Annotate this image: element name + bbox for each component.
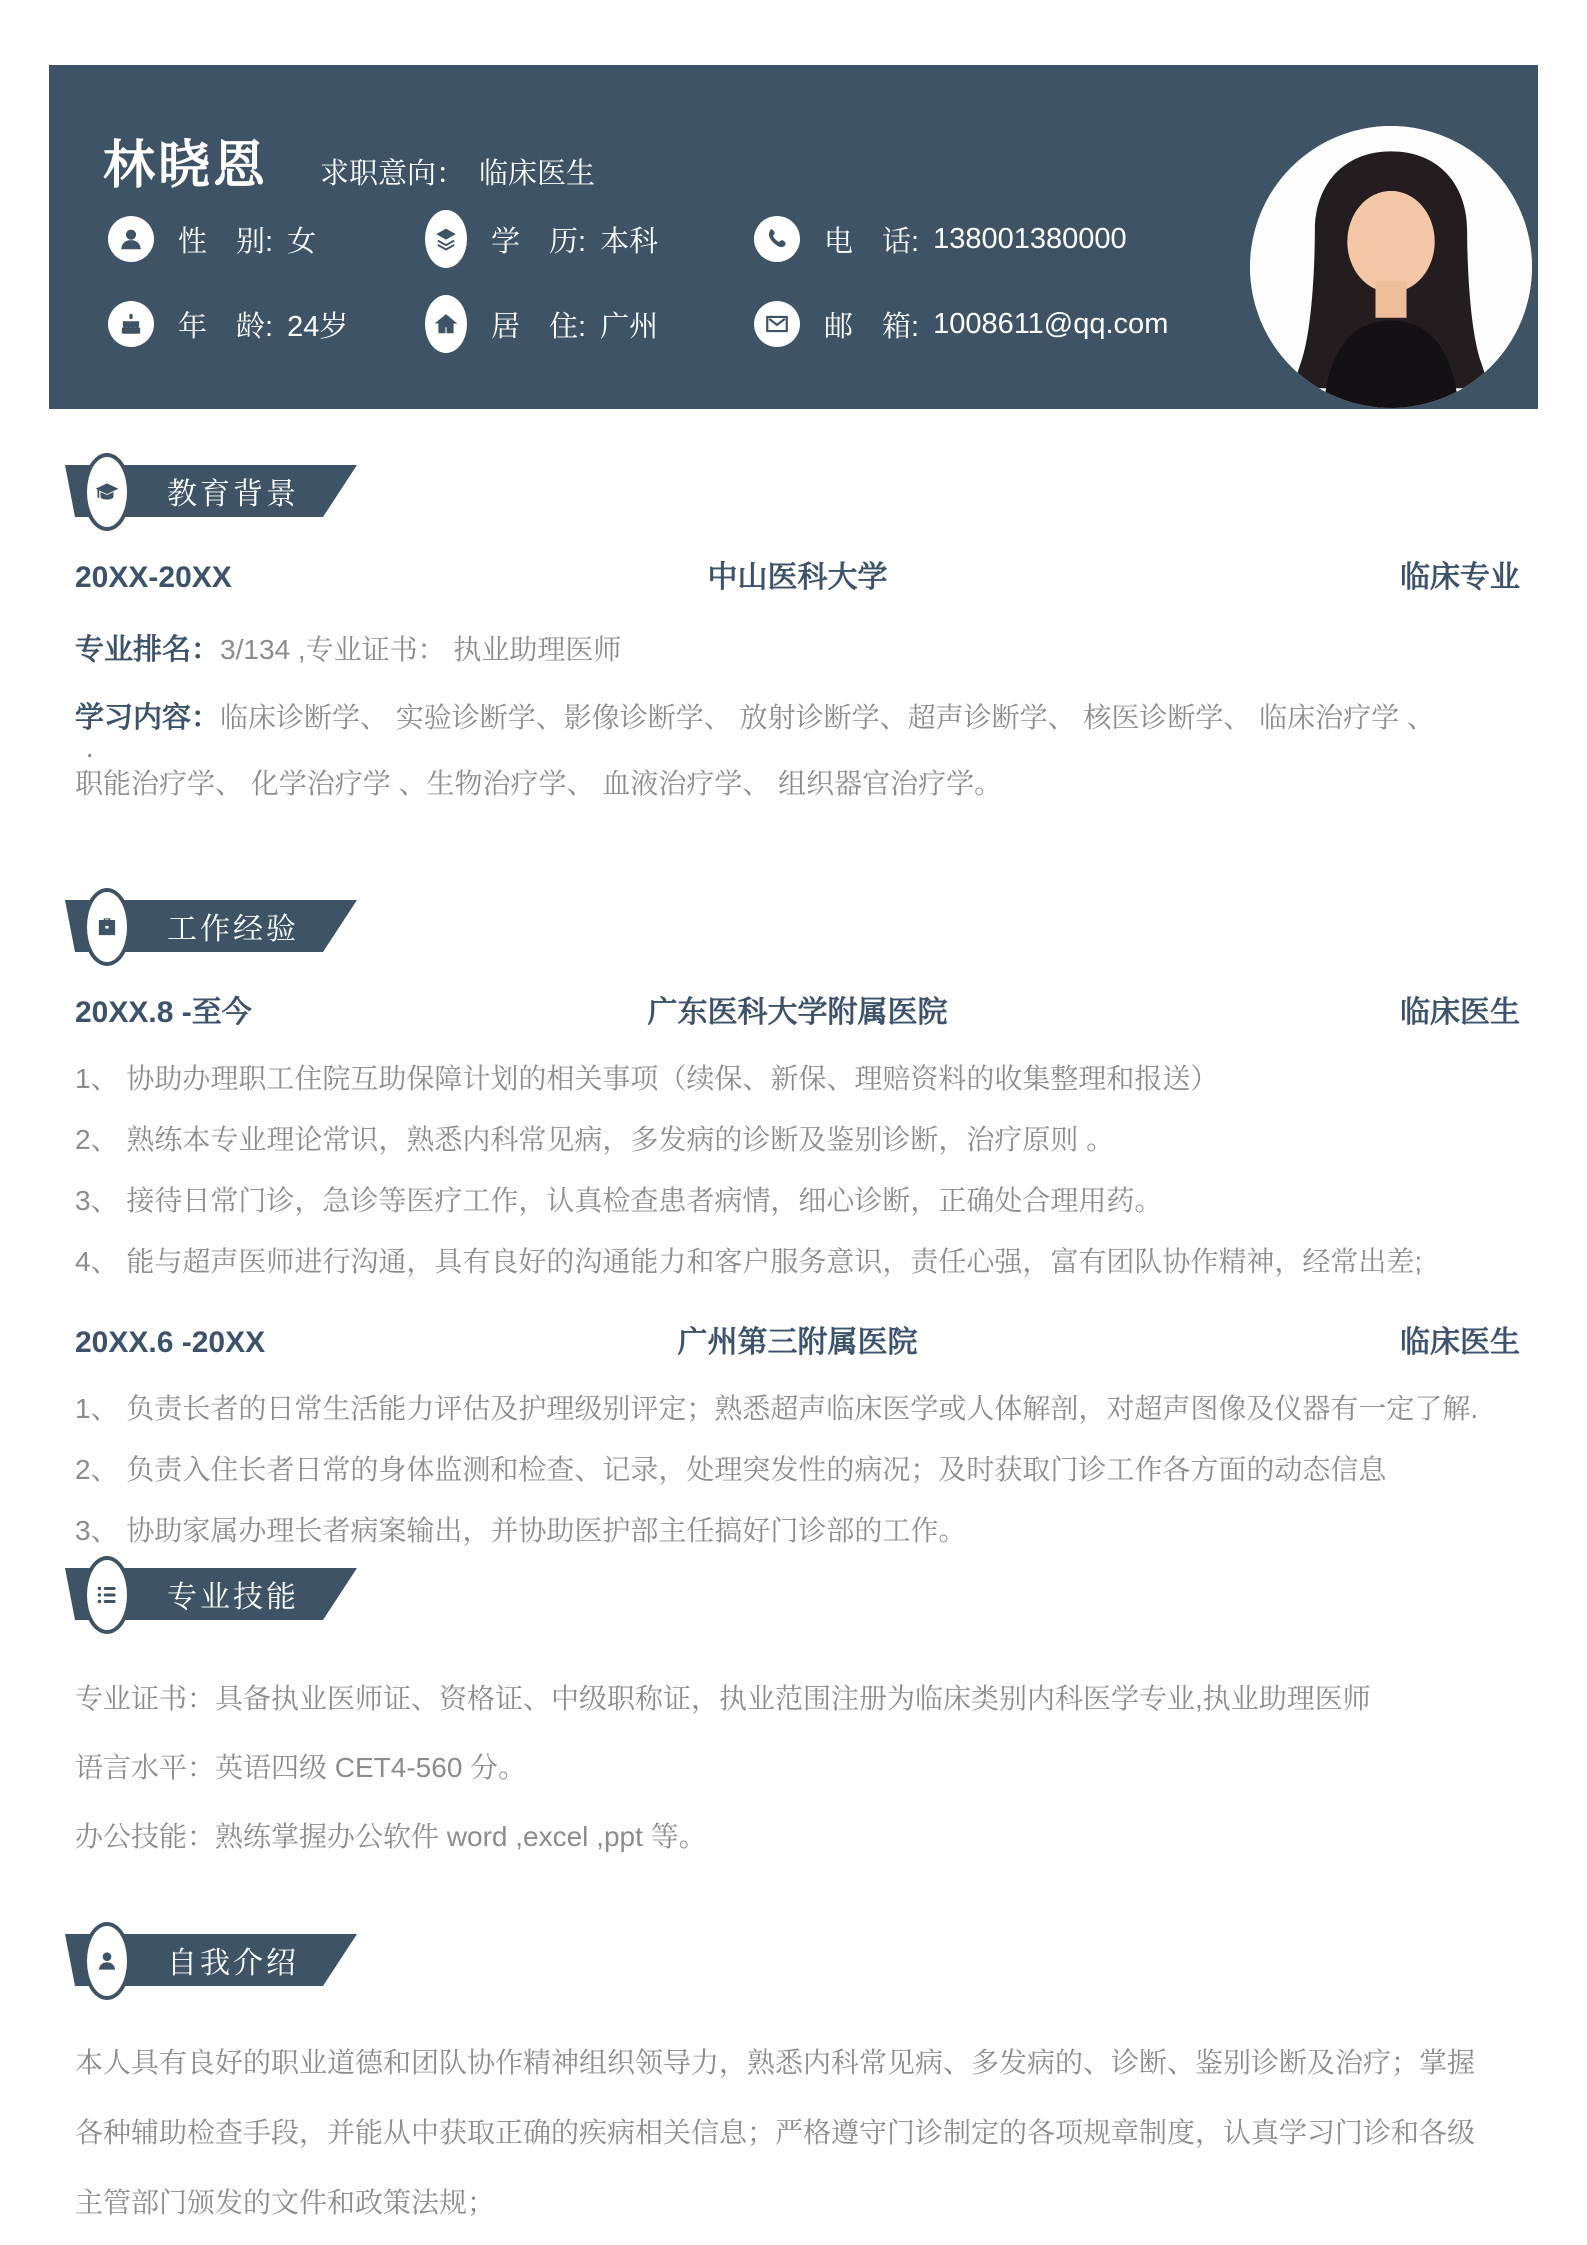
section-header: 教育背景 — [65, 453, 1530, 533]
section-work-experience: 工作经验 20XX.8 -至今 广东医科大学附属医院 临床医生 1、 协助办理职… — [65, 888, 1530, 1547]
resume-page: 林晓恩 求职意向： 临床医生 性 别: 女 学 历: 本科 电 话: — [0, 0, 1587, 2245]
graduation-cap-icon — [83, 453, 131, 531]
info-value: 广州 — [600, 304, 658, 345]
entry-company: 广东医科大学附属医院 — [648, 992, 948, 1034]
work-item: 3、 接待日常门诊，急诊等医疗工作，认真检查患者病情，细心诊断，正确处合理用药。 — [75, 1184, 1520, 1217]
info-value: 24岁 — [287, 304, 348, 345]
info-label: 年 龄: — [178, 304, 273, 345]
study-content-2: 职能治疗学、 化学治疗学 、生物治疗学、 血液治疗学、 组织器官治疗学。 — [75, 767, 1520, 800]
info-value: 1008611@qq.com — [933, 308, 1168, 341]
study-wrap-mark: · — [85, 743, 1520, 765]
info-item-residence: 居 住: 广州 — [425, 295, 658, 353]
profile-photo — [1250, 126, 1532, 408]
education-study-line: 学习内容：临床诊断学、 实验诊断学、影像诊断学、 放射诊断学、超声诊断学、 核医… — [75, 701, 1520, 735]
entry-major: 临床专业 — [888, 557, 1521, 599]
work-entry: 20XX.6 -20XX 广州第三附属医院 临床医生 — [75, 1322, 1520, 1364]
work-item: 4、 能与超声医师进行沟通，具有良好的沟通能力和客户服务意识，责任心强，富有团队… — [75, 1245, 1520, 1278]
job-intent: 求职意向： 临床医生 — [320, 151, 595, 192]
info-value: 女 — [287, 219, 316, 260]
resume-header: 林晓恩 求职意向： 临床医生 性 别: 女 学 历: 本科 电 话: — [49, 65, 1538, 409]
work-item: 2、 负责入住长者日常的身体监测和检查、记录，处理突发性的病况；及时获取门诊工作… — [75, 1453, 1520, 1486]
skill-line-certificates: 专业证书：具备执业医师证、资格证、中级职称证，执业范围注册为临床类别内科医学专业… — [75, 1682, 1520, 1715]
name-row: 林晓恩 求职意向： 临床医生 — [103, 123, 595, 198]
info-value: 本科 — [600, 219, 658, 260]
study-label: 学习内容： — [75, 702, 220, 734]
education-rank-line: 专业排名：3/134 ,专业证书： 执业助理医师 — [75, 633, 1520, 667]
skill-line-language: 语言水平：英语四级 CET4-560 分。 — [75, 1751, 1520, 1784]
rank-label: 专业排名： — [75, 634, 220, 666]
section-title: 专业技能 — [167, 1572, 299, 1616]
briefcase-icon — [83, 888, 131, 966]
info-label: 邮 箱: — [824, 304, 919, 345]
info-item-email: 邮 箱: 1008611@qq.com — [754, 301, 1168, 347]
intro-line: 各种辅助检查手段，并能从中获取正确的疾病相关信息；严格遵守门诊制定的各项规章制度… — [75, 2116, 1520, 2150]
home-icon — [425, 295, 467, 353]
section-title: 教育背景 — [167, 469, 299, 513]
mail-icon — [754, 301, 800, 347]
rank-value: 3/134 ,专业证书： 执业助理医师 — [220, 634, 621, 665]
job-intent-value: 临床医生 — [479, 151, 595, 192]
skill-line-office: 办公技能：熟练掌握办公软件 word ,excel ,ppt 等。 — [75, 1820, 1520, 1853]
work-item: 2、 熟练本专业理论常识，熟悉内科常见病，多发病的诊断及鉴别诊断，治疗原则 。 — [75, 1123, 1520, 1156]
work-item: 1、 协助办理职工住院互助保障计划的相关事项（续保、新保、理赔资料的收集整理和报… — [75, 1062, 1520, 1095]
candidate-name: 林晓恩 — [103, 123, 268, 198]
intro-line: 本人具有良好的职业道德和团队协作精神组织领导力，熟悉内科常见病、多发病的、诊断、… — [75, 2046, 1520, 2080]
info-item-phone: 电 话: 138001380000 — [754, 216, 1127, 262]
job-intent-label: 求职意向： — [320, 151, 465, 192]
section-title: 自我介绍 — [167, 1938, 299, 1982]
entry-company: 广州第三附属医院 — [678, 1322, 918, 1364]
info-value: 138001380000 — [933, 223, 1127, 256]
education-entry: 20XX-20XX 中山医科大学 临床专业 — [75, 557, 1520, 599]
portrait-illustration — [1250, 126, 1532, 408]
section-header: 自我介绍 — [65, 1922, 1530, 2002]
section-header: 工作经验 — [65, 888, 1530, 968]
entry-school: 中山医科大学 — [708, 557, 888, 599]
entry-period: 20XX-20XX — [75, 557, 708, 599]
entry-period: 20XX.6 -20XX — [75, 1322, 678, 1364]
section-skills: 专业技能 专业证书：具备执业医师证、资格证、中级职称证，执业范围注册为临床类别内… — [65, 1556, 1530, 1853]
entry-role: 临床医生 — [948, 992, 1521, 1034]
info-item-education: 学 历: 本科 — [425, 210, 658, 268]
birthday-icon — [108, 301, 154, 347]
work-item: 1、 负责长者的日常生活能力评估及护理级别评定；熟悉超声临床医学或人体解剖，对超… — [75, 1392, 1520, 1425]
section-self-introduction: 自我介绍 本人具有良好的职业道德和团队协作精神组织领导力，熟悉内科常见病、多发病… — [65, 1922, 1530, 2220]
section-header: 专业技能 — [65, 1556, 1530, 1636]
info-label: 学 历: — [491, 219, 586, 260]
info-label: 居 住: — [491, 304, 586, 345]
work-item: 3、 协助家属办理长者病案输出，并协助医护部主任搞好门诊部的工作。 — [75, 1514, 1520, 1547]
section-education: 教育背景 20XX-20XX 中山医科大学 临床专业 专业排名：3/134 ,专… — [65, 453, 1530, 800]
study-content-1: 临床诊断学、 实验诊断学、影像诊断学、 放射诊断学、超声诊断学、 核医诊断学、 … — [220, 702, 1435, 733]
info-item-age: 年 龄: 24岁 — [108, 301, 348, 347]
person-badge-icon — [83, 1922, 131, 2000]
phone-icon — [754, 216, 800, 262]
info-label: 性 别: — [178, 219, 273, 260]
entry-period: 20XX.8 -至今 — [75, 992, 648, 1034]
education-icon — [425, 210, 467, 268]
person-icon — [108, 216, 154, 262]
work-entry: 20XX.8 -至今 广东医科大学附属医院 临床医生 — [75, 992, 1520, 1034]
intro-line: 主管部门颁发的文件和政策法规； — [75, 2186, 1520, 2220]
section-title: 工作经验 — [167, 904, 299, 948]
info-label: 电 话: — [824, 219, 919, 260]
info-item-gender: 性 别: 女 — [108, 216, 316, 262]
entry-role: 临床医生 — [918, 1322, 1521, 1364]
list-icon — [83, 1556, 131, 1634]
